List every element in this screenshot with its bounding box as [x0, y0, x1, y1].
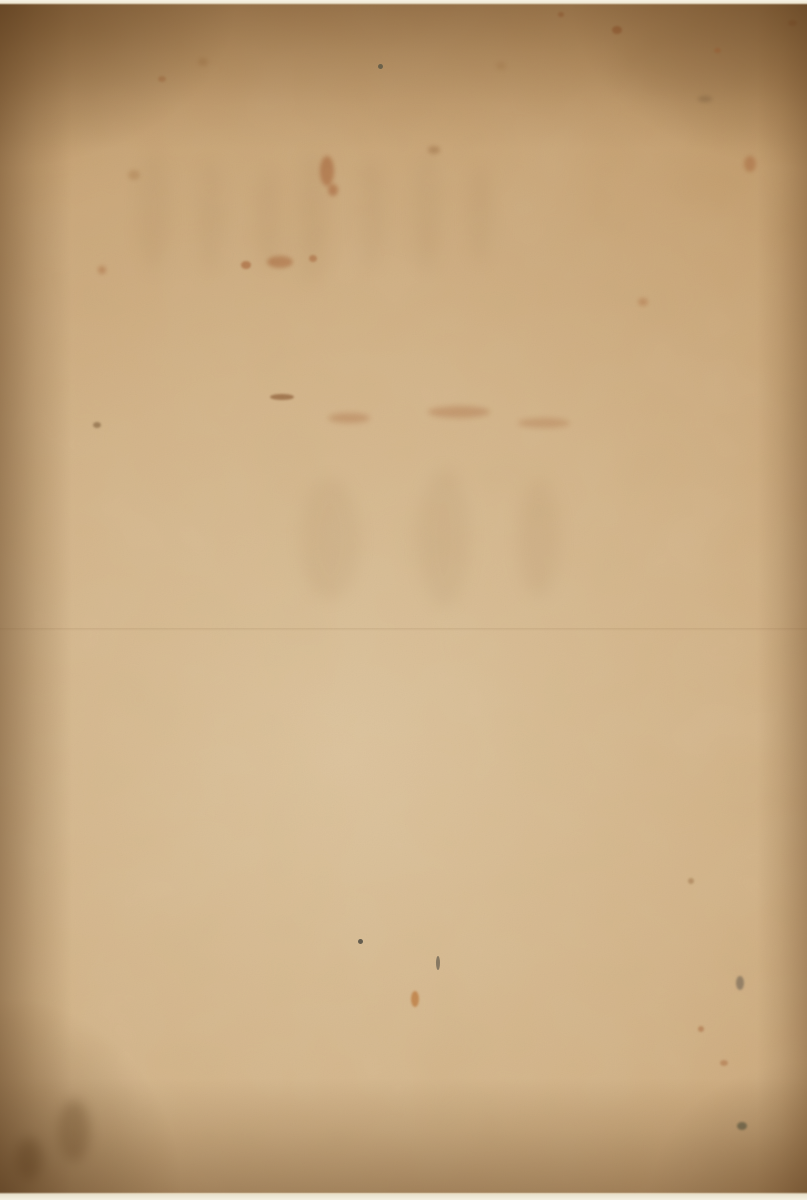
bottom-scan-strip	[0, 1192, 807, 1200]
bottom-left-corner-shadow	[0, 1000, 180, 1200]
scanned-page	[0, 0, 807, 1200]
right-edge-shadow	[757, 0, 807, 1200]
top-left-corner-shadow	[0, 0, 240, 170]
top-right-corner-shadow	[567, 0, 807, 170]
bottom-right-corner-shadow	[647, 1060, 807, 1200]
horizontal-crease	[0, 628, 807, 631]
top-scan-strip	[0, 0, 807, 5]
